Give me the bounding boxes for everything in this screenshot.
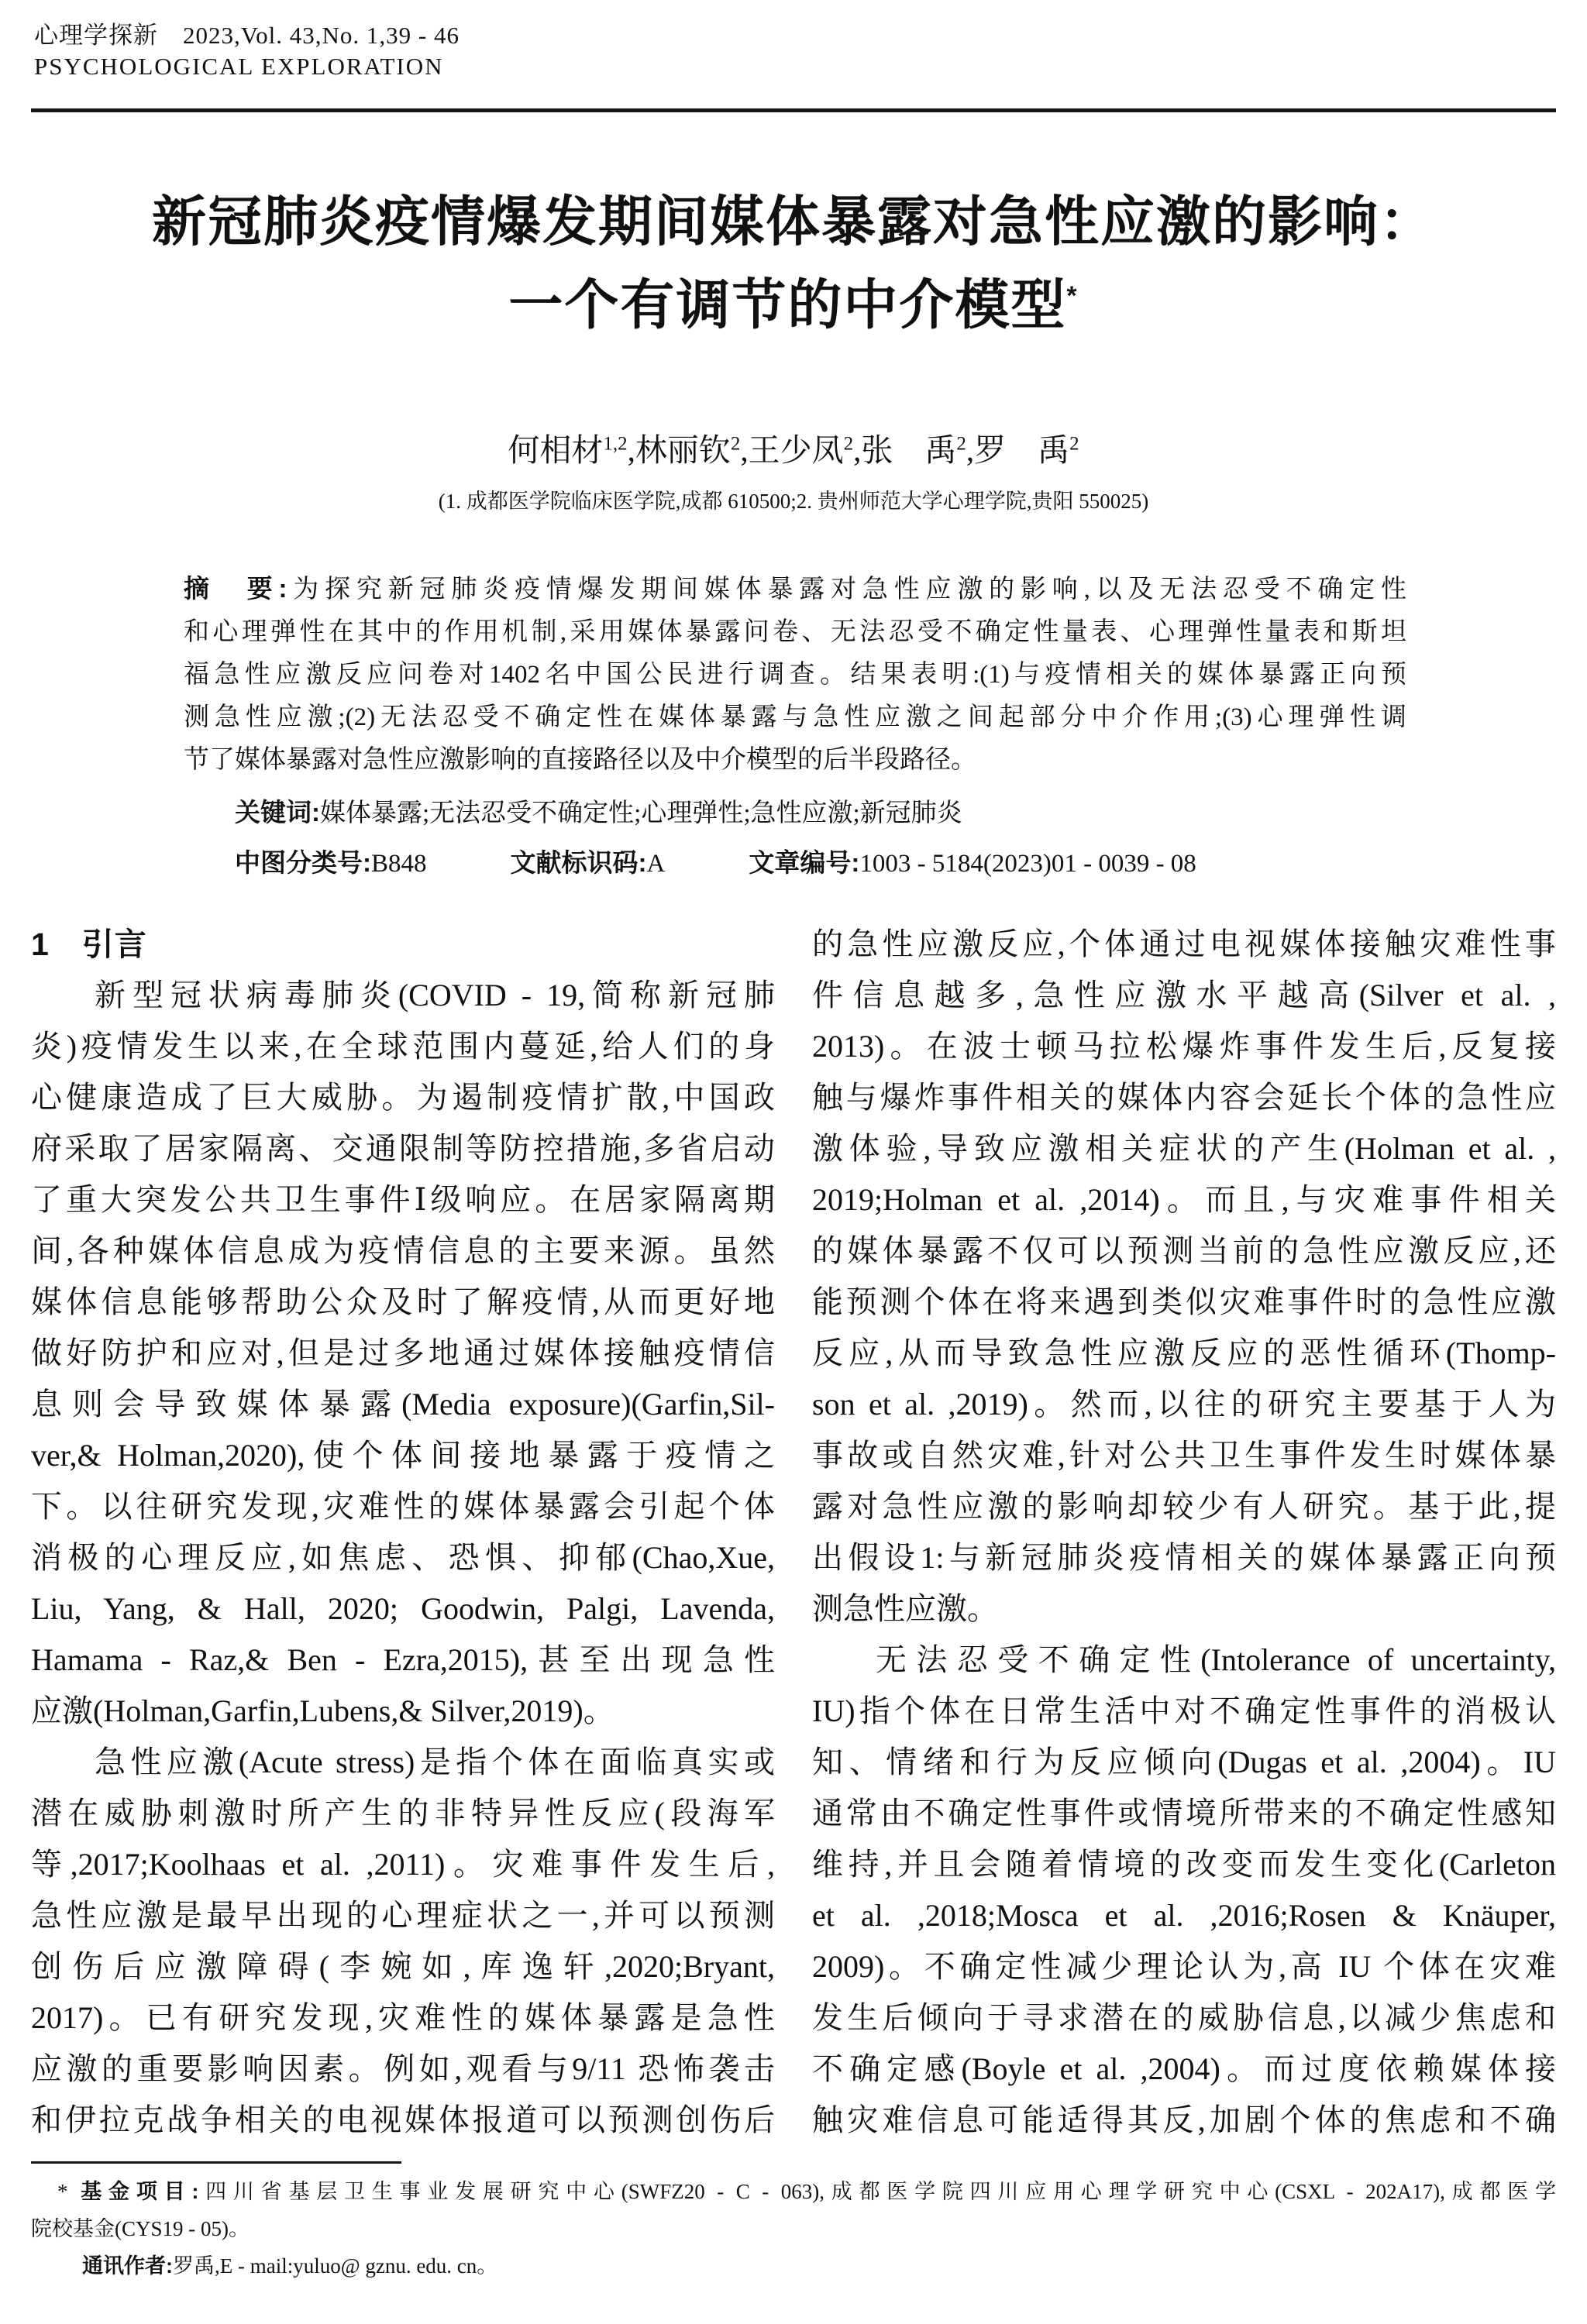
text-line: 炎)疫情发生以来,在全球范围内蔓延,给人们的身 [31, 1021, 775, 1072]
text-line: 通常由不确定性事件或情境所带来的不确定性感知 [812, 1788, 1556, 1839]
abstract-label: 摘 要: [184, 574, 287, 603]
clc-group: 中图分类号:B848 [235, 850, 427, 878]
author-separator: , [740, 432, 748, 468]
author-name: 林丽钦 [635, 432, 731, 468]
text-line: 的媒体暴露不仅可以预测当前的急性应激反应,还 [812, 1226, 1556, 1277]
clc-value: B848 [371, 850, 427, 878]
left-column-lines: 新型冠状病毒肺炎(COVID - 19,简称新冠肺炎)疫情发生以来,在全球范围内… [31, 970, 775, 2146]
author-separator: , [966, 432, 974, 468]
keywords-text: 媒体暴露;无法忍受不确定性;心理弹性;急性应激;新冠肺炎 [320, 799, 962, 827]
author-name: 张 禹 [861, 432, 956, 468]
abstract-block: 摘 要:为探究新冠肺炎疫情爆发期间媒体暴露对急性应激的影响,以及无法忍受不确定性… [184, 567, 1406, 885]
text-line: 触灾难信息可能适得其反,加剧个体的焦虑和不确 [812, 2095, 1556, 2146]
text-line: 露对急性应激的影响却较少有人研究。基于此,提 [812, 1481, 1556, 1532]
text-line: Hamama - Raz,& Ben - Ezra,2015),甚至出现急性 [31, 1635, 775, 1686]
text-line: 无法忍受不确定性(Intolerance of uncertainty, [812, 1635, 1556, 1686]
text-line: 不确定感(Boyle et al. ,2004)。而过度依赖媒体接 [812, 2044, 1556, 2095]
author-affiliation-sup: 2 [956, 433, 966, 454]
text-line: 潜在威胁刺激时所产生的非特异性反应(段海军 [31, 1788, 775, 1839]
text-line: 消极的心理反应,如焦虑、恐惧、抑郁(Chao,Xue, [31, 1532, 775, 1583]
journal-title-cn: 心理学探新 2023,Vol. 43,No. 1,39 - 46 [34, 15, 460, 50]
author-affiliation-sup: 2 [731, 433, 741, 454]
text-line: 知、情绪和行为反应倾向(Dugas et al. ,2004)。IU [812, 1737, 1556, 1788]
author-separator: , [853, 432, 861, 468]
body-columns: 1 引言 新型冠状病毒肺炎(COVID - 19,简称新冠肺炎)疫情发生以来,在… [31, 919, 1556, 2146]
text-line: 2019;Holman et al. ,2014)。而且,与灾难事件相关 [812, 1174, 1556, 1226]
author-name: 王少凤 [749, 432, 844, 468]
right-column: 的急性应激反应,个体通过电视媒体接触灾难性事件信息越多,急性应激水平越高(Sil… [812, 919, 1556, 2146]
meta-line: 中图分类号:B848文献标识码:A文章编号:1003 - 5184(2023)0… [184, 841, 1406, 885]
text-line: 2013)。在波士顿马拉松爆炸事件发生后,反复接 [812, 1021, 1556, 1072]
text-line: 等,2017;Koolhaas et al. ,2011)。灾难事件发生后, [31, 1839, 775, 1890]
author-affiliation-sup: 2 [844, 433, 854, 454]
abstract-line1-text: 为探究新冠肺炎疫情爆发期间媒体暴露对急性应激的影响,以及无法忍受不确定性 [287, 576, 1406, 603]
doc-code-label: 文献标识码: [511, 848, 647, 877]
text-line: 福急性应激反应问卷对1402名中国公民进行调查。结果表明:(1)与疫情相关的媒体… [184, 654, 1406, 696]
article-id-label: 文章编号: [749, 848, 859, 877]
text-line: ver,& Holman,2020),使个体间接地暴露于疫情之 [31, 1430, 775, 1481]
text-line: 应激(Holman,Garfin,Lubens,& Silver,2019)。 [31, 1686, 775, 1737]
right-column-lines: 的急性应激反应,个体通过电视媒体接触灾难性事件信息越多,急性应激水平越高(Sil… [812, 919, 1556, 2146]
text-line: 事故或自然灾难,针对公共卫生事件发生时媒体暴 [812, 1430, 1556, 1481]
text-line: 间,各种媒体信息成为疫情信息的主要来源。虽然 [31, 1226, 775, 1277]
article-id-group: 文章编号:1003 - 5184(2023)01 - 0039 - 08 [749, 850, 1196, 878]
text-line: 测急性应激;(2)无法忍受不确定性在媒体暴露与急性应激之间起部分中介作用;(3)… [184, 696, 1406, 739]
left-column: 1 引言 新型冠状病毒肺炎(COVID - 19,简称新冠肺炎)疫情发生以来,在… [31, 919, 775, 2146]
title-footnote-asterisk: * [1066, 281, 1078, 311]
doc-code-group: 文献标识码:A [511, 850, 666, 878]
text-line: 能预测个体在将来遇到类似灾难事件时的急性应激 [812, 1277, 1556, 1328]
corresponding-text: 罗禹,E - mail:yuluo@ gznu. edu. cn。 [173, 2254, 497, 2278]
fund-label: 基金项目: [74, 2180, 199, 2203]
text-line: 应激的重要影响因素。例如,观看与9/11 恐怖袭击 [31, 2044, 775, 2095]
text-line: 做好防护和应对,但是过多地通过媒体接触疫情信 [31, 1328, 775, 1379]
footnote-fund-line2: 院校基金(CYS19 - 05)。 [31, 2210, 1556, 2247]
text-line: 激体验,导致应激相关症状的产生(Holman et al. , [812, 1123, 1556, 1174]
footnote-asterisk: * [31, 2180, 74, 2203]
text-line: Liu, Yang, & Hall, 2020; Goodwin, Palgi,… [31, 1583, 775, 1635]
text-line: 和伊拉克战争相关的电视媒体报道可以预测创伤后 [31, 2095, 775, 2146]
text-line: 的急性应激反应,个体通过电视媒体接触灾难性事 [812, 919, 1556, 970]
text-line: son et al. ,2019)。然而,以往的研究主要基于人为 [812, 1379, 1556, 1430]
author-name: 何相材 [508, 432, 603, 468]
footnote-corresponding-line: 通讯作者:罗禹,E - mail:yuluo@ gznu. edu. cn。 [31, 2247, 1556, 2284]
text-line: 息则会导致媒体暴露(Media exposure)(Garfin,Sil- [31, 1379, 775, 1430]
text-line: 创伤后应激障碍(李婉如,库逸轩,2020;Bryant, [31, 1941, 775, 1992]
fund-text: 四川省基层卫生事业发展研究中心(SWFZ20 - C - 063),成都医学院四… [198, 2180, 1556, 2203]
article-title: 新冠肺炎疫情爆发期间媒体暴露对急性应激的影响： 一个有调节的中介模型* [0, 184, 1587, 342]
article-title-line2: 一个有调节的中介模型* [0, 259, 1587, 342]
text-line: 下。以往研究发现,灾难性的媒体暴露会引起个体 [31, 1481, 775, 1532]
text-line: 发生后倾向于寻求潜在的威胁信息,以减少焦虑和 [812, 1992, 1556, 2044]
author-affiliation-sup: 2 [1069, 433, 1079, 454]
text-line: 急性应激(Acute stress)是指个体在面临真实或 [31, 1737, 775, 1788]
text-line: IU)指个体在日常生活中对不确定性事件的消极认 [812, 1686, 1556, 1737]
text-line: 府采取了居家隔离、交通限制等防控措施,多省启动 [31, 1123, 775, 1174]
text-line: 急性应激是最早出现的心理症状之一,并可以预测 [31, 1890, 775, 1941]
header-divider [31, 108, 1556, 112]
author-name: 罗 禹 [974, 432, 1069, 468]
abstract-line: 摘 要:为探究新冠肺炎疫情爆发期间媒体暴露对急性应激的影响,以及无法忍受不确定性 [184, 567, 1406, 611]
text-line: 测急性应激。 [812, 1583, 1556, 1635]
clc-label: 中图分类号: [235, 848, 371, 877]
doc-code-value: A [647, 850, 666, 878]
text-line: 维持,并且会随着情境的改变而发生变化(Carleton [812, 1839, 1556, 1890]
footnote-block: *基金项目:四川省基层卫生事业发展研究中心(SWFZ20 - C - 063),… [31, 2161, 1556, 2284]
corresponding-label: 通讯作者: [82, 2254, 173, 2278]
paper-page: 心理学探新 2023,Vol. 43,No. 1,39 - 46 PSYCHOL… [0, 0, 1587, 2324]
text-line: 了重大突发公共卫生事件Ⅰ级响应。在居家隔离期 [31, 1174, 775, 1226]
text-line: 新型冠状病毒肺炎(COVID - 19,简称新冠肺 [31, 970, 775, 1021]
text-line: 心健康造成了巨大威胁。为遏制疫情扩散,中国政 [31, 1072, 775, 1123]
section-heading-introduction: 1 引言 [31, 919, 775, 970]
text-line: 件信息越多,急性应激水平越高(Silver et al. , [812, 970, 1556, 1021]
abstract-lines: 和心理弹性在其中的作用机制,采用媒体暴露问卷、无法忍受不确定性量表、心理弹性量表… [184, 611, 1406, 782]
journal-title-en: PSYCHOLOGICAL EXPLORATION [34, 53, 444, 81]
footnote-divider [31, 2161, 401, 2164]
footnote-fund-line1: *基金项目:四川省基层卫生事业发展研究中心(SWFZ20 - C - 063),… [31, 2173, 1556, 2210]
text-line: 节了媒体暴露对急性应激影响的直接路径以及中介模型的后半段路径。 [184, 739, 1406, 782]
text-line: et al. ,2018;Mosca et al. ,2016;Rosen & … [812, 1890, 1556, 1941]
author-affiliation-sup: 1,2 [603, 433, 627, 454]
text-line: 和心理弹性在其中的作用机制,采用媒体暴露问卷、无法忍受不确定性量表、心理弹性量表… [184, 611, 1406, 654]
text-line: 触与爆炸事件相关的媒体内容会延长个体的急性应 [812, 1072, 1556, 1123]
author-separator: , [628, 432, 635, 468]
text-line: 出假设1:与新冠肺炎疫情相关的媒体暴露正向预 [812, 1532, 1556, 1583]
text-line: 媒体信息能够帮助公众及时了解疫情,从而更好地 [31, 1277, 775, 1328]
text-line: 2017)。已有研究发现,灾难性的媒体暴露是急性 [31, 1992, 775, 2044]
text-line: 反应,从而导致急性应激反应的恶性循环(Thomp- [812, 1328, 1556, 1379]
affiliation: (1. 成都医学院临床医学院,成都 610500;2. 贵州师范大学心理学院,贵… [0, 484, 1587, 514]
keywords-label: 关键词: [235, 798, 320, 827]
article-title-line1: 新冠肺炎疫情爆发期间媒体暴露对急性应激的影响： [0, 184, 1587, 259]
author-list: 何相材1,2,林丽钦2,王少凤2,张 禹2,罗 禹2 [0, 425, 1587, 470]
article-title-line2-text: 一个有调节的中介模型 [508, 274, 1066, 335]
text-line: 2009)。不确定性减少理论认为,高 IU 个体在灾难 [812, 1941, 1556, 1992]
article-id-value: 1003 - 5184(2023)01 - 0039 - 08 [859, 850, 1196, 878]
keywords-line: 关键词:媒体暴露;无法忍受不确定性;心理弹性;急性应激;新冠肺炎 [184, 791, 1406, 835]
